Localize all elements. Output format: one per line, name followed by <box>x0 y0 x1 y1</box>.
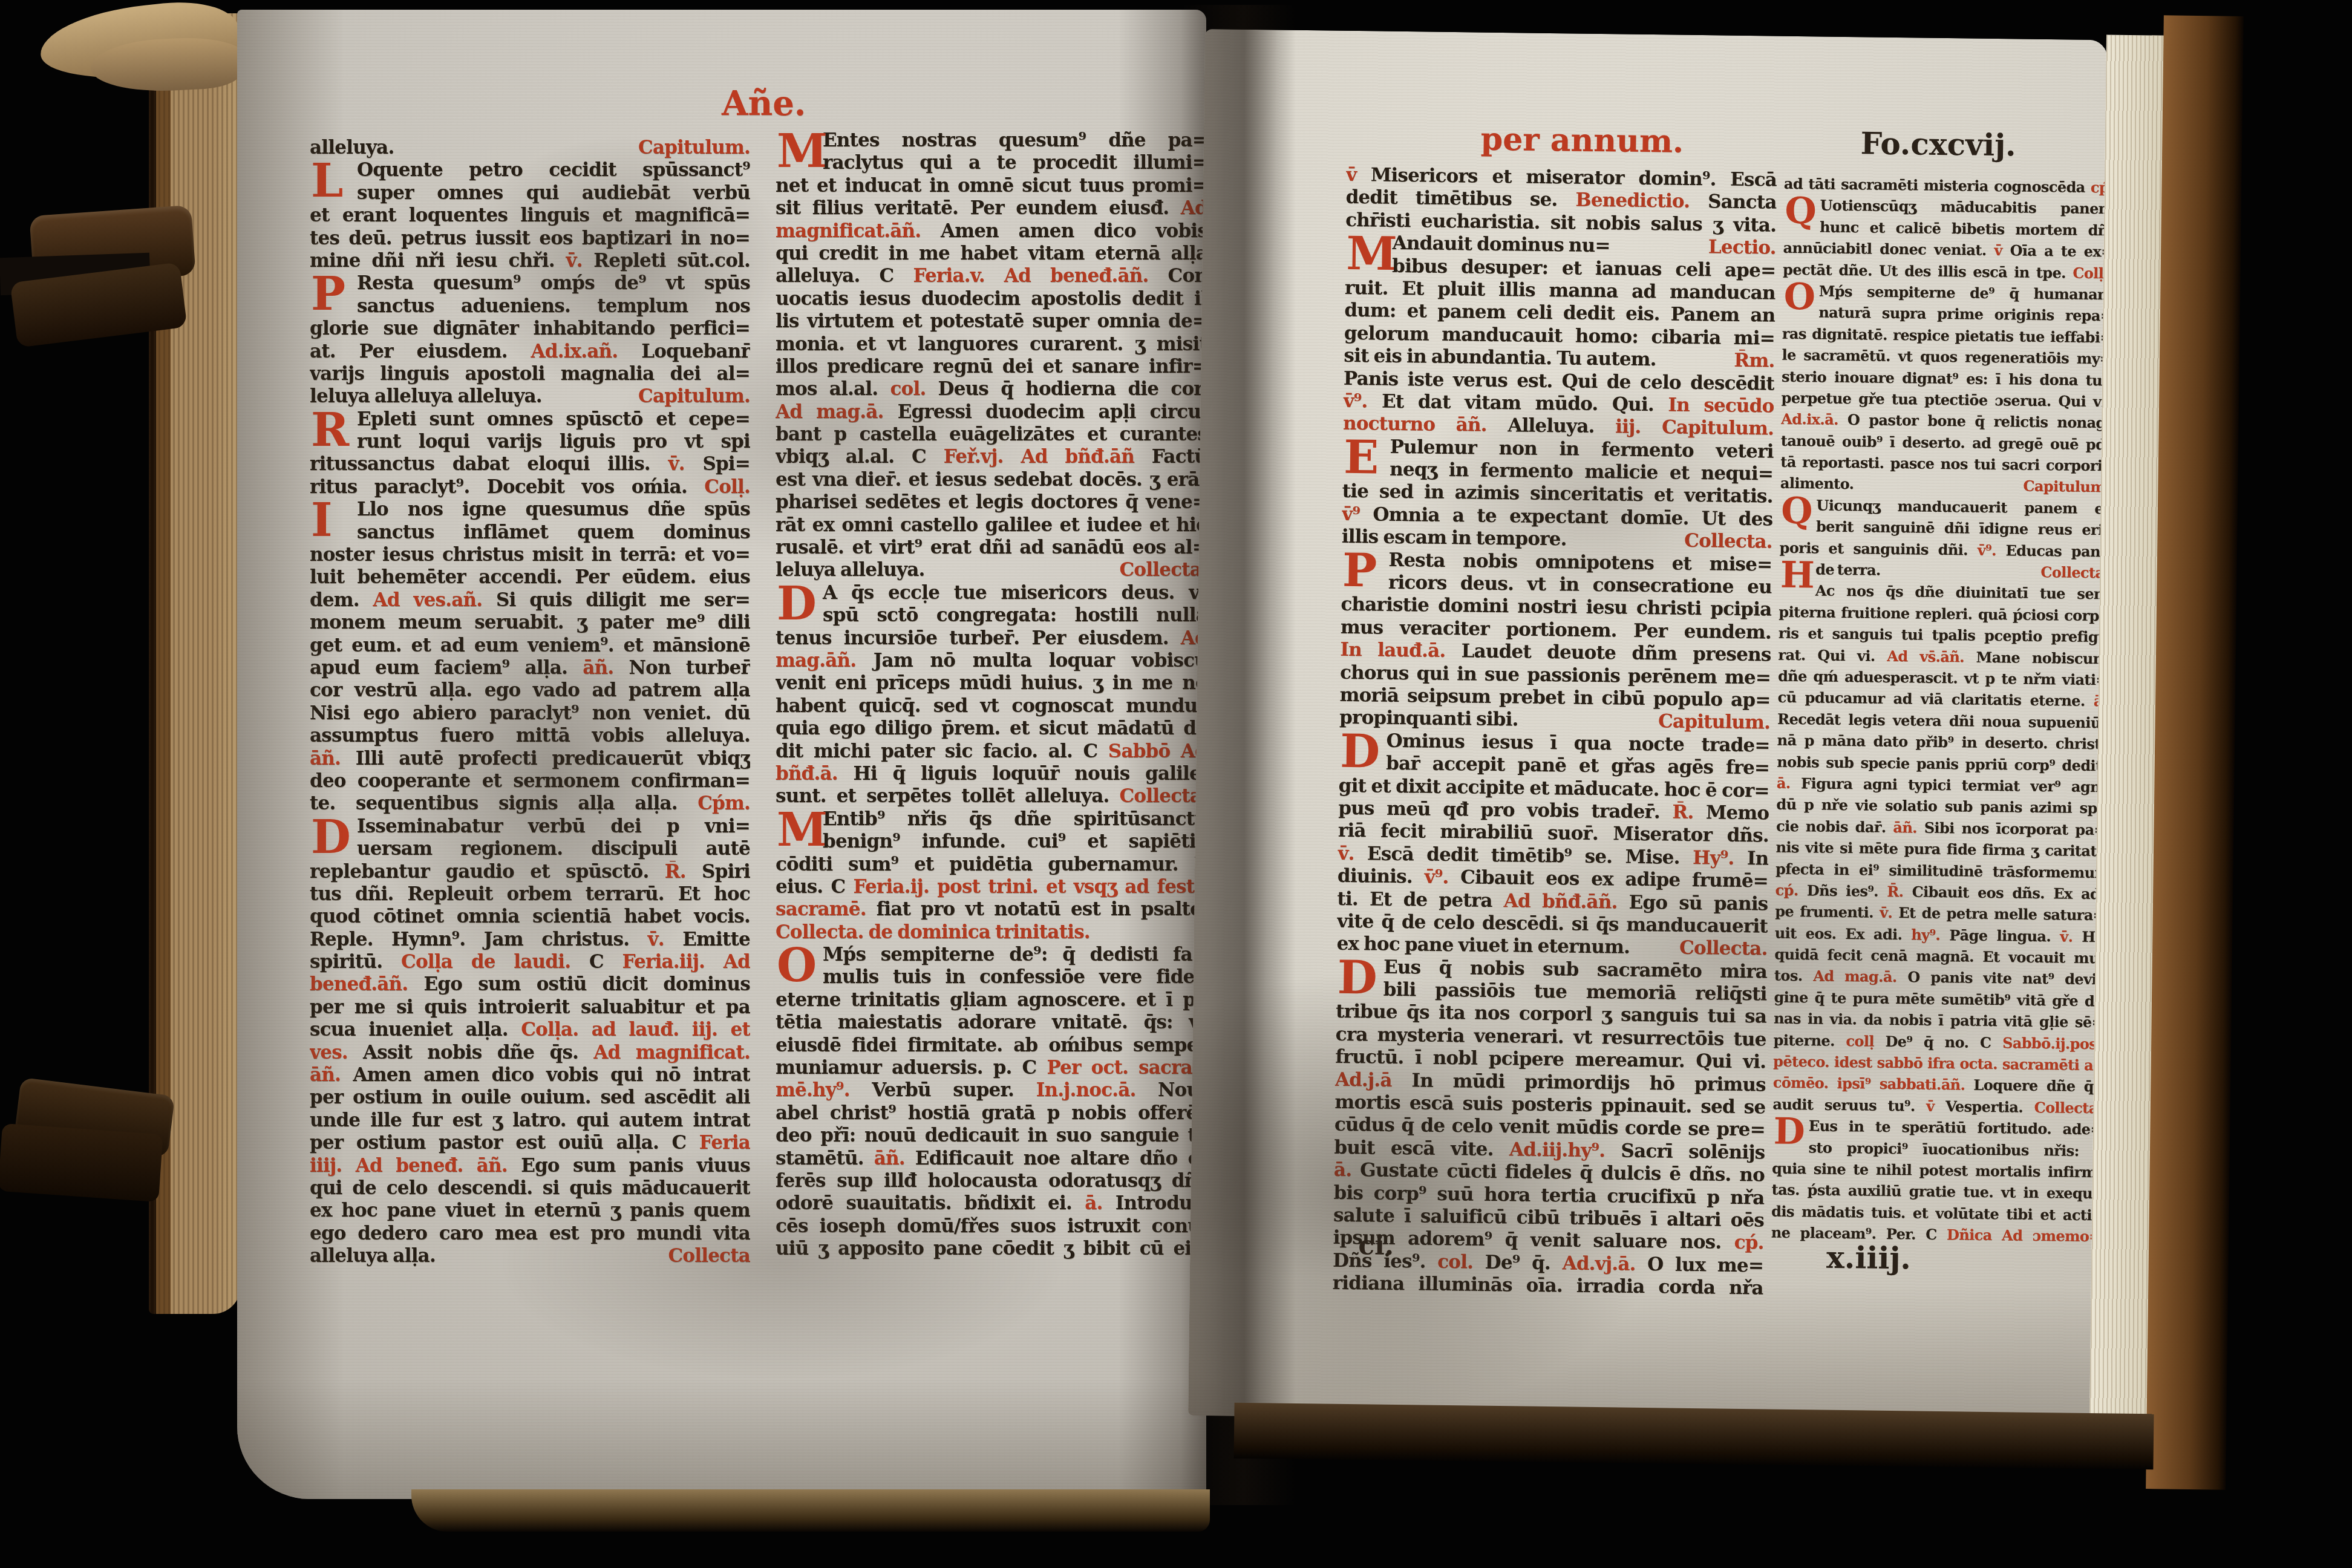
right-page: per annum. Fo.cxcvij. v̄ Misericors et m… <box>1188 29 2108 1426</box>
book-cover-bottom-edge <box>1233 1403 2154 1470</box>
text-column-2: MEntes nostras quesum⁹ dñe pa=raclytus q… <box>776 129 1207 1261</box>
page-edges-bottom <box>411 1489 1210 1532</box>
running-head-right: per annum. <box>1480 121 1684 160</box>
signature-mark-quire: ci. <box>1358 1230 1394 1261</box>
book-clasp-top <box>0 200 206 363</box>
book-clasp-bottom <box>0 1082 188 1227</box>
left-page: Añe. alleluya.Capitulum.LOquente petro c… <box>237 10 1206 1499</box>
signature-mark-leaf: x.iiij. <box>1826 1240 1911 1276</box>
text-column-1: alleluya.Capitulum.LOquente petro cecidi… <box>310 137 750 1268</box>
book-photo: Añe. alleluya.Capitulum.LOquente petro c… <box>0 0 2352 1568</box>
folio-number: Fo.cxcvij. <box>1860 125 2016 163</box>
text-column-4: ad tāti sacramēti misteria cognoscēda cṕ… <box>1771 173 2114 1247</box>
clasp-strap <box>0 1123 163 1202</box>
running-head-left: Añe. <box>722 83 806 123</box>
text-column-3: v̄ Misericors et miserator domin⁹. Escād… <box>1332 164 1777 1300</box>
